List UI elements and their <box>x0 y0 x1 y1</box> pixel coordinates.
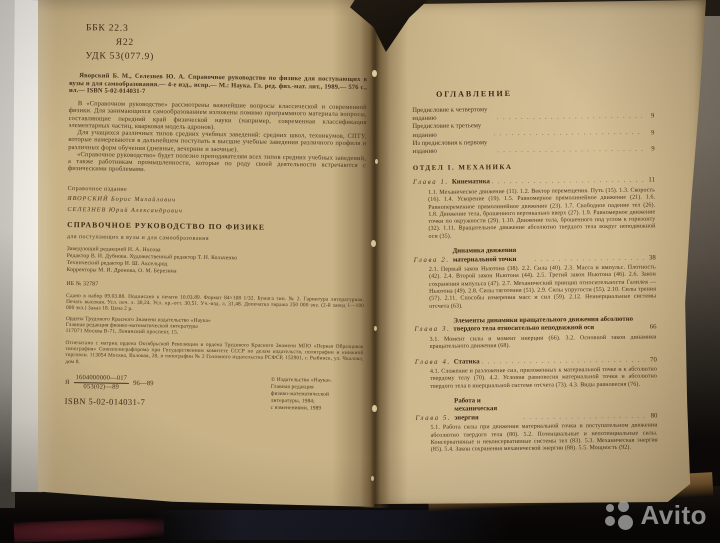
chapter-sections: 1.1. Механическое движение (11). 1.2. Ве… <box>428 187 656 241</box>
chapter-label: Глава 3. <box>414 326 450 335</box>
imprint-details: Сдано в набор 09.03.88. Подписано к печа… <box>66 293 364 316</box>
copyright-line: с изменениями, 1989 <box>271 405 363 413</box>
classification-block: ББК 22.3 Я22 УДК 53(077.9) <box>85 22 368 67</box>
toc-entry-title: Из предисловия к первому изданию <box>413 139 496 156</box>
toc-page-number: 9 <box>644 129 654 137</box>
catalog-fraction: 1604000000—017 053(02)—89 <box>73 374 129 392</box>
leader-dots <box>534 254 643 264</box>
chapter-label: Глава 1. <box>413 179 449 188</box>
annotation-block: В «Справочном руководстве» рассмотрены в… <box>68 100 367 177</box>
dark-table-shadow <box>150 510 510 540</box>
udk-code: УДК 53(077.9) <box>85 50 367 68</box>
chapter-label: Глава 4. <box>415 358 451 367</box>
chapter-title: Динамика движения материальной точки <box>453 247 533 265</box>
catalog-prefix: Я <box>65 379 70 386</box>
toc-entry: Предисловие к четвертому изданию 9 <box>412 104 654 123</box>
avito-watermark: Avito <box>605 500 707 531</box>
chapter-title: Кинематика <box>452 179 490 188</box>
toc-page-number: 70 <box>647 356 657 365</box>
catalog-number: Я 1604000000—017 053(02)—89 96—89 <box>65 374 154 393</box>
toc-entry: Предисловие к третьему изданию 9 <box>412 121 654 140</box>
toc-entry-title: Предисловие к третьему изданию <box>412 123 492 140</box>
chapter-title: Статика <box>454 358 480 367</box>
part-heading: ОТДЕЛ I. МЕХАНИКА <box>413 163 655 173</box>
toc-entry-title: Предисловие к четвертому изданию <box>412 106 495 123</box>
chapter-label: Глава 2. <box>414 256 450 265</box>
chapter-entry: Глава 4. Статика 70 <box>415 356 657 367</box>
catalog-and-isbn: Я 1604000000—017 053(02)—89 96—89 ISBN 5… <box>65 374 154 408</box>
editorial-staff-block: Заведующий редакцией Н. А. Носова Редакт… <box>66 246 364 278</box>
toc-page-number: 38 <box>646 254 656 263</box>
leader-dots <box>497 145 642 155</box>
chapter-entry: Глава 1. Кинематика 11 <box>413 177 655 188</box>
toc-page-number: 11 <box>645 177 655 186</box>
leader-dots <box>497 113 642 123</box>
chapter-entry: Глава 5. Работа и механическая энергия 8… <box>415 395 657 423</box>
copyright-notice: © Издательство «Наука». Главная редакция… <box>271 377 363 413</box>
chapter-label: Глава 5. <box>415 415 451 424</box>
avito-watermark-label: Avito <box>640 500 707 531</box>
leader-dots <box>482 356 645 366</box>
book-photo: ББК 22.3 Я22 УДК 53(077.9) Яворский Б. М… <box>0 0 720 540</box>
bottom-identifiers: Я 1604000000—017 053(02)—89 96—89 ISBN 5… <box>65 374 363 413</box>
toc-page-number: 80 <box>647 412 657 421</box>
book-title: СПРАВОЧНОЕ РУКОВОДСТВО ПО ФИЗИКЕ <box>67 221 365 234</box>
author-name: СЕЛЕЗНЕВ Юрий Александрович <box>67 207 365 218</box>
catalog-numerator: 1604000000—017 <box>74 374 130 384</box>
publisher-block: Ордена Трудового Красного Знамени издате… <box>66 315 364 339</box>
leader-dots <box>523 412 645 422</box>
author-name: ЯВОРСКИЙ Борис Михайлович <box>67 196 365 207</box>
chapter-sections: 2.1. Первый закон Ньютона (38). 2.2. Сил… <box>429 265 656 311</box>
leader-dots <box>492 177 643 187</box>
isbn-number: ISBN 5-02-014031-7 <box>65 397 154 408</box>
toc-entry: Из предисловия к первому изданию 9 <box>413 137 655 156</box>
toc-heading: ОГЛАВЛЕНИЕ <box>436 87 654 98</box>
book-subtitle: для поступающих в вузы и для самообразов… <box>67 234 365 245</box>
left-page-content: ББК 22.3 Я22 УДК 53(077.9) Яворский Б. М… <box>65 22 368 413</box>
avito-logo-icon <box>605 501 635 531</box>
chapter-entry: Глава 3. Элементы динамики вращательного… <box>414 315 656 335</box>
toc-page-number: 9 <box>644 113 654 121</box>
chapter-sections: 3.1. Момент силы и момент инерции (66). … <box>430 334 657 351</box>
right-page-content: ОГЛАВЛЕНИЕ Предисловие к четвертому изда… <box>412 87 658 454</box>
chapter-title: Работа и механическая энергия <box>454 397 521 423</box>
chapter-sections: 4.1. Сложение и разложение сил, приложен… <box>430 366 657 390</box>
annotation-paragraph: В «Справочном руководстве» рассмотрены в… <box>69 100 367 133</box>
toc-page-number: 66 <box>646 324 656 333</box>
ib-number: ИБ № 32787 <box>66 281 364 292</box>
toc-page-number: 9 <box>645 146 655 154</box>
catalog-suffix: 96—89 <box>133 380 154 388</box>
printing-house-info: Отпечатано с матриц ордена Октябрьской Р… <box>65 340 363 369</box>
leader-dots <box>494 129 643 139</box>
catalog-denominator: 053(02)—89 <box>83 383 119 390</box>
bibliographic-entry: Яворский Б. М., Селезнев Ю. А. Справочно… <box>69 72 367 98</box>
annotation-paragraph: «Справочное руководство» будет полезно п… <box>68 151 366 177</box>
chapter-entry: Глава 2. Динамика движения материальной … <box>414 246 656 266</box>
chapter-sections: 5.1. Работа силы при движении материальн… <box>431 423 658 455</box>
chapter-title: Элементы динамики вращательного движения… <box>453 315 646 334</box>
